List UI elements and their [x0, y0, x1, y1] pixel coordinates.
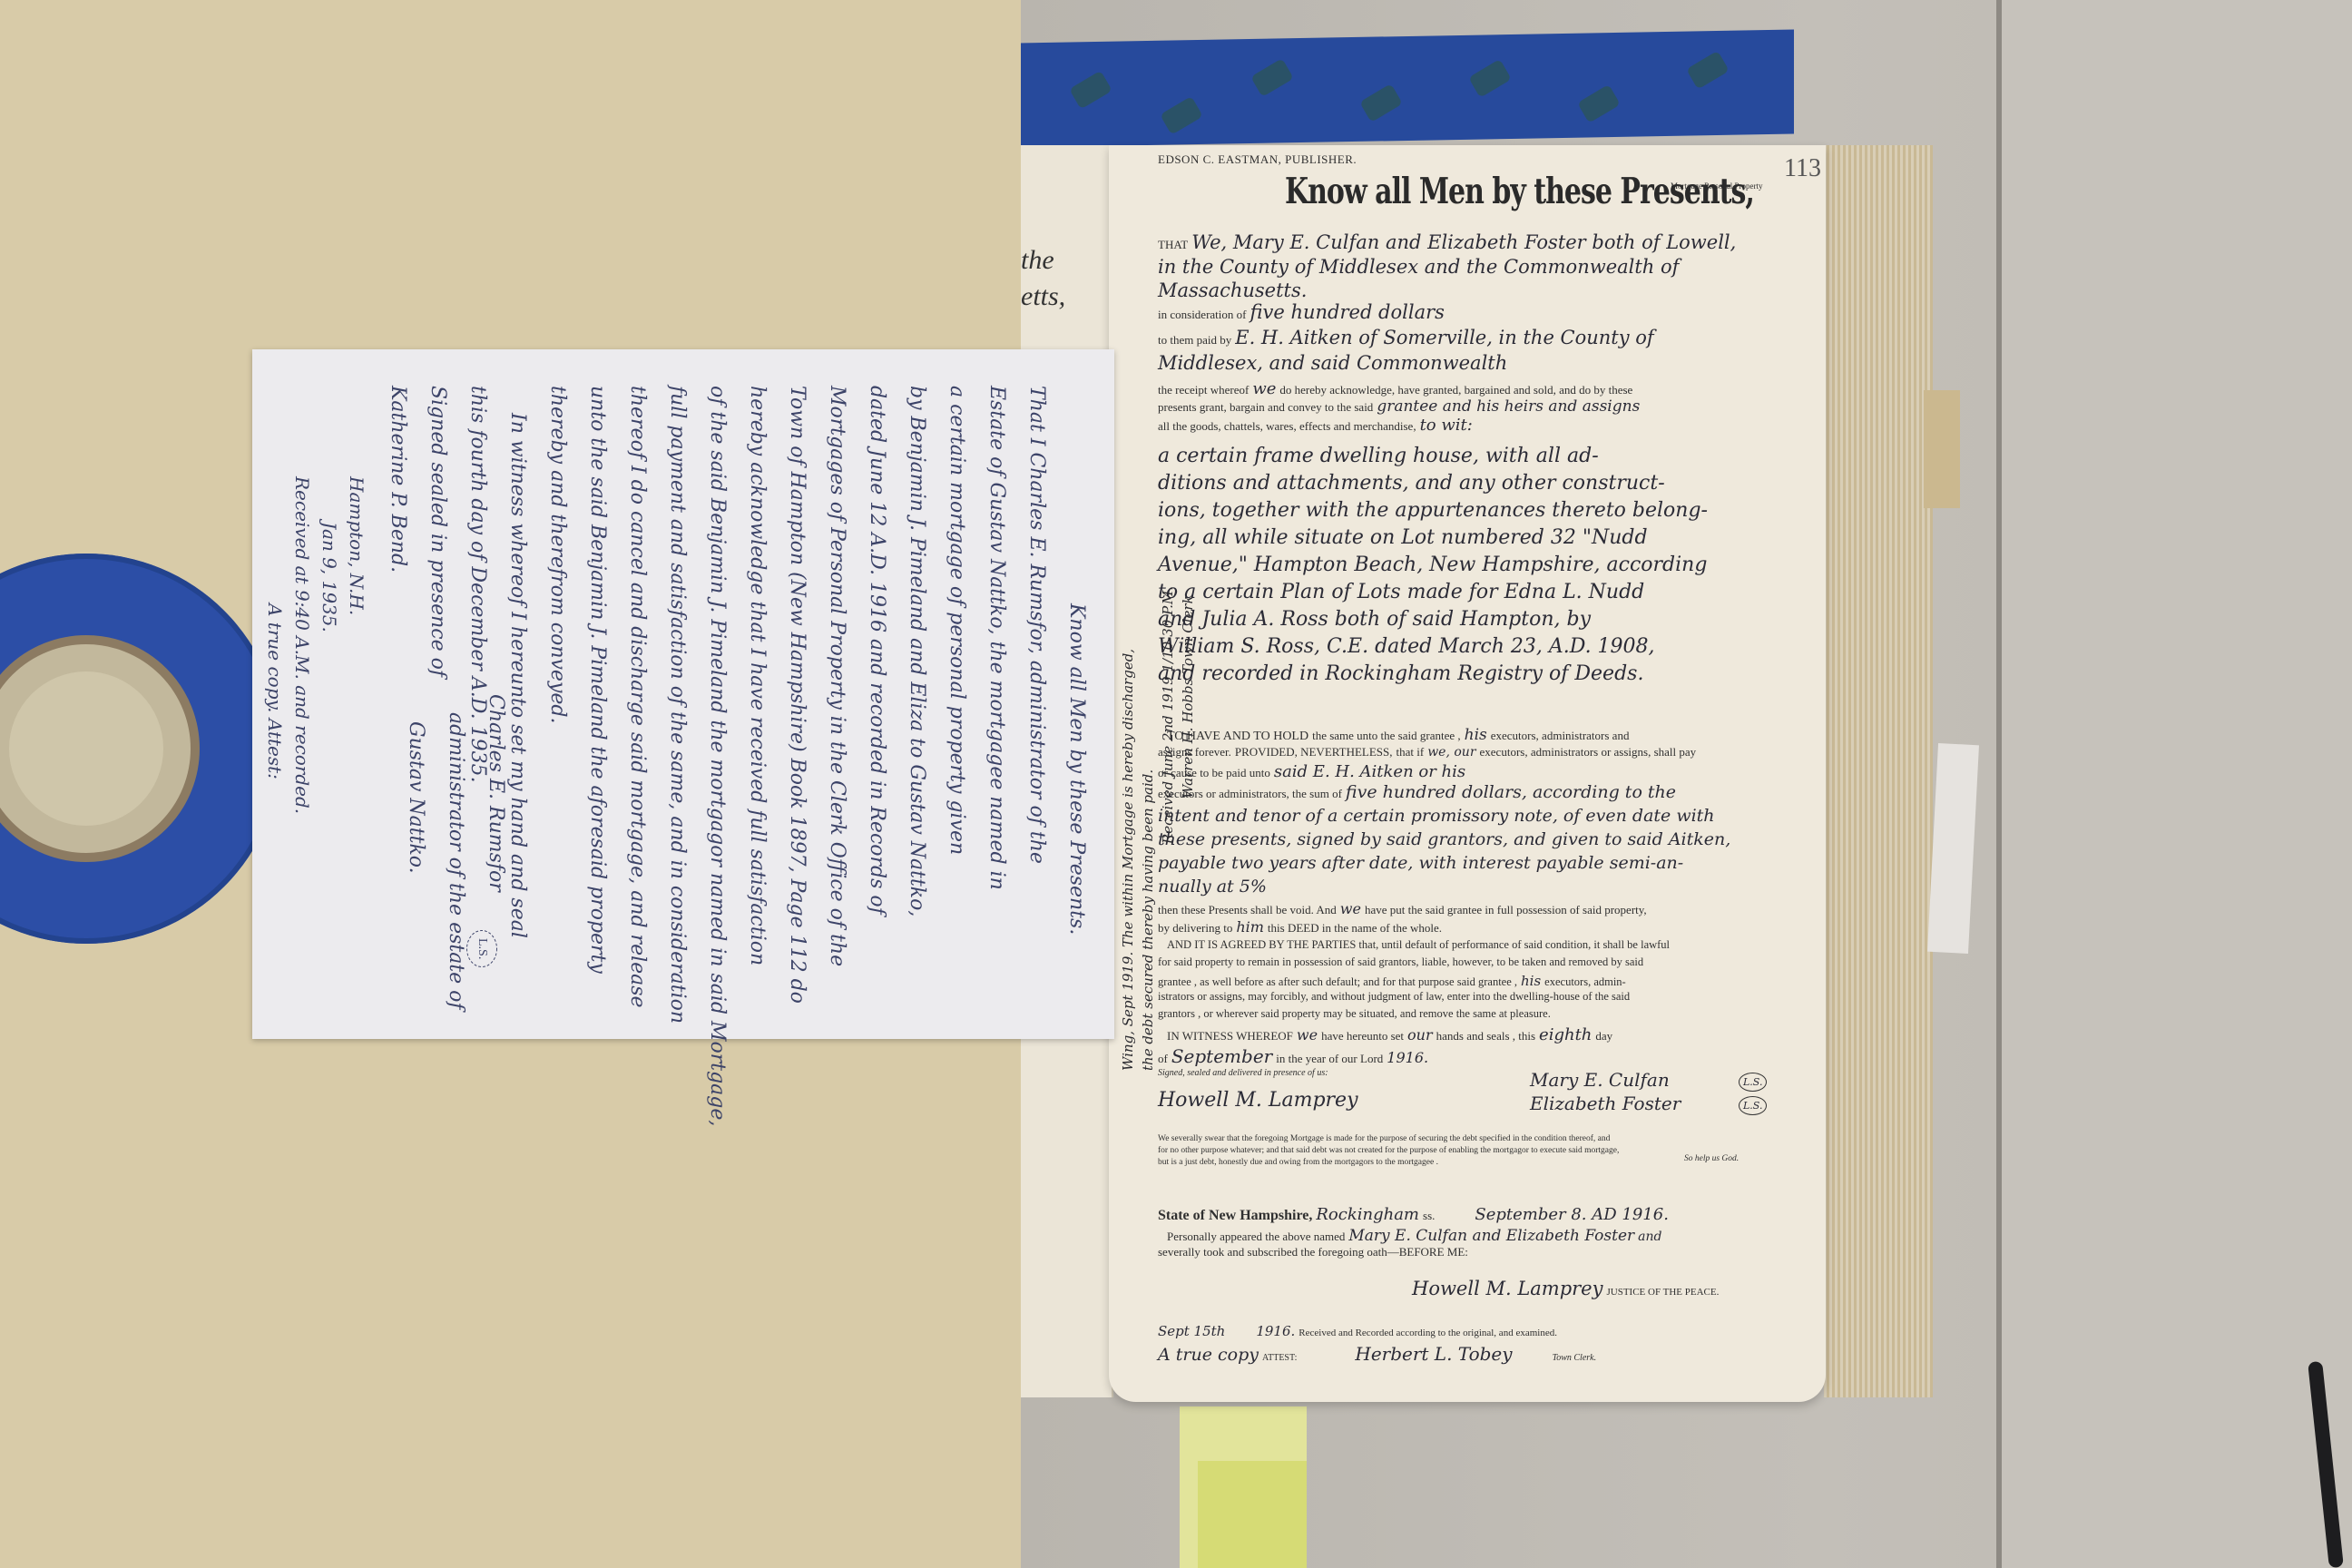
page-title: Know all Men by these Presents, — [1285, 171, 1754, 213]
side-panel — [2002, 0, 2352, 1568]
witness-text: hands and seals , this — [1436, 1029, 1535, 1043]
clerk-label: Town Clerk. — [1553, 1353, 1597, 1363]
page-number: 113 — [1784, 154, 1821, 183]
condition-text: this DEED in the name of the whole. — [1268, 921, 1442, 935]
grantor-signature: Mary E. Culfan — [1530, 1069, 1670, 1091]
note-filing-line: A true copy. Attest: — [261, 476, 289, 814]
note-body-line: Town of Hampton (New Hampshire) Book 189… — [777, 386, 817, 1021]
witness-hw: we — [1297, 1026, 1318, 1044]
grantee: E. H. Aitken of Somerville, in the Count… — [1235, 327, 1653, 348]
note-terms: intent and tenor of a certain promissory… — [1158, 806, 1715, 826]
painters-tape-strip — [1018, 30, 1794, 148]
description-line: ing, all while situate on Lot numbered 3… — [1158, 526, 1648, 549]
note-filing-line: Received at 9:40 A.M. and recorded. — [289, 476, 316, 814]
witness-day: eighth — [1539, 1025, 1592, 1044]
grantor-signature: Elizabeth Foster — [1530, 1093, 1681, 1114]
note-body-line: full payment and satisfaction of the sam… — [657, 386, 697, 1021]
agreement-text: executors, admin- — [1544, 975, 1626, 988]
agreement-text: AND IT IS AGREED BY THE PARTIES that, un… — [1167, 938, 1670, 952]
note-body-line: dated June 12 A.D. 1916 and recorded in … — [857, 386, 897, 1021]
left-page-text: etts, — [1021, 281, 1065, 312]
note-body-line: of the said Benjamin J. Pimeland the mor… — [697, 386, 737, 1021]
agreement-text: for said property to remain in possessio… — [1158, 955, 1643, 969]
oath-text: but is a just debt, honestly due and owi… — [1158, 1158, 1438, 1167]
margin-note-line: the debt secured thereby having been pai… — [1138, 254, 1158, 1071]
ack-text: Personally appeared the above named — [1167, 1230, 1345, 1243]
oath-close: So help us God. — [1684, 1154, 1739, 1163]
county: Rockingham — [1316, 1205, 1419, 1224]
payee: said E. H. Aitken or his — [1274, 762, 1465, 781]
habendum-text: the same unto the said grantee , — [1312, 729, 1461, 742]
margin-discharge-note: Wing, Sept 1919. The within Mortgage is … — [1118, 254, 1172, 1071]
condition-hw: we — [1340, 900, 1361, 917]
habendum-text: that if — [1396, 745, 1425, 759]
description-line: a certain frame dwelling house, with all… — [1158, 445, 1599, 467]
description-line: ions, together with the appurtenances th… — [1158, 499, 1708, 522]
witness-text: day — [1595, 1029, 1612, 1043]
agreement-hw: his — [1521, 973, 1541, 989]
folder-cover — [454, 1039, 1021, 1568]
witness-hw: our — [1407, 1026, 1433, 1044]
note-body-line: hereby acknowledge that I have received … — [737, 386, 777, 1021]
margin-note-line: Warren H. Hobbs Town Clerk — [1178, 254, 1198, 1071]
agreement-text: grantee , as well before as after such d… — [1158, 975, 1517, 988]
record-text: Received and Recorded according to the o… — [1298, 1328, 1557, 1338]
receipt-value: we — [1252, 379, 1276, 398]
description-line: William S. Ross, C.E. dated March 23, A.… — [1158, 635, 1655, 658]
habendum-hw: his — [1465, 726, 1487, 744]
note-body-line: thereof I do cancel and discharge said m… — [617, 386, 657, 1021]
book-page-edges — [1824, 145, 1933, 1397]
ss-label: ss. — [1423, 1209, 1435, 1222]
note-body-line: a certain mortgage of personal property … — [936, 386, 976, 1021]
note-body-line: thereby and therefrom conveyed. — [537, 386, 577, 1021]
witness-signature: Howell M. Lamprey — [1158, 1089, 1358, 1112]
tape-roll-core — [0, 635, 200, 862]
note-terms: payable two years after date, with inter… — [1158, 853, 1683, 873]
note-terms: these presents, signed by said grantors,… — [1158, 829, 1730, 849]
description-line: and Julia A. Ross both of said Hampton, … — [1158, 608, 1591, 631]
true-copy: A true copy — [1158, 1345, 1259, 1365]
margin-note-line: Received June 2nd 1919 1/10-30 P.M. — [1158, 254, 1178, 1071]
folder-cover — [454, 0, 1021, 349]
witness-year: 1916. — [1387, 1049, 1428, 1066]
state-heading: State of New Hampshire, — [1158, 1208, 1312, 1223]
habendum-text: executors, administrators and — [1491, 729, 1630, 742]
description-line: Avenue," Hampton Beach, New Hampshire, a… — [1158, 554, 1707, 576]
agreement-text: istrators or assigns, may forcibly, and … — [1158, 990, 1630, 1004]
margin-note-line: Wing, Sept 1919. The within Mortgage is … — [1118, 254, 1138, 1071]
loose-discharge-note: Know all Men by these Presents. That I C… — [252, 349, 1114, 1039]
ack-names: Mary E. Culfan and Elizabeth Foster — [1348, 1227, 1634, 1245]
seal-icon: L.S. — [1739, 1096, 1767, 1115]
clerk-signature: Herbert L. Tobey — [1355, 1343, 1512, 1365]
attest-label: ATTEST: — [1262, 1353, 1297, 1363]
note-signer-title: administrator of the estate of — [436, 694, 475, 1010]
agreement-text: grantors , or wherever said property may… — [1158, 1007, 1551, 1021]
description-line: ditions and attachments, and any other c… — [1158, 472, 1665, 495]
habendum-text: executors, administrators or assigns, sh… — [1480, 745, 1697, 759]
consideration-amount: five hundred dollars — [1249, 301, 1444, 323]
note-heading: Know all Men by these Presents. — [1056, 386, 1096, 1021]
witness-text: in the year of our Lord — [1276, 1052, 1383, 1065]
condition-hw: him — [1236, 918, 1264, 936]
sum-amount: five hundred dollars, according to the — [1346, 782, 1676, 802]
ack-date: September 8. AD 1916. — [1475, 1205, 1669, 1224]
yellow-sticky-notes — [1198, 1461, 1307, 1568]
habendum-hw: we, our — [1427, 745, 1475, 759]
description-line: and recorded in Rockingham Registry of D… — [1158, 662, 1643, 685]
left-page-text: the — [1021, 245, 1054, 276]
record-year: 1916. — [1256, 1323, 1295, 1339]
publisher: EDSON C. EASTMAN, PUBLISHER. — [1158, 152, 1357, 167]
presents-value: grantee and his heirs and assigns — [1377, 397, 1640, 416]
witness-text: have hereunto set — [1321, 1029, 1404, 1043]
note-body-line: Mortgages of Personal Property in the Cl… — [817, 386, 857, 1021]
note-body-line: unto the said Benjamin J. Pimeland the a… — [577, 386, 617, 1021]
note-filing-line: Jan 9, 1935. — [316, 476, 343, 814]
seal-icon: L.S. — [1739, 1073, 1767, 1092]
justice-signature: Howell M. Lamprey — [1412, 1278, 1602, 1299]
note-signer-estate: Gustav Nattko. — [396, 694, 436, 1010]
paper-slip — [1924, 390, 1960, 508]
note-seal-icon: L.S. — [466, 930, 497, 967]
note-filing-line: Hampton, N.H. — [343, 476, 370, 814]
justice-label: JUSTICE OF THE PEACE. — [1606, 1287, 1719, 1298]
that-label: THAT — [1158, 238, 1188, 251]
condition-text: have put the said grantee in full posses… — [1365, 903, 1647, 916]
grantee: Middlesex, and said Commonwealth — [1158, 352, 1507, 374]
receipt-text: do hereby acknowledge, have granted, bar… — [1279, 383, 1632, 397]
goods-value: to wit: — [1420, 416, 1473, 435]
ack-text: severally took and subscribed the forego… — [1158, 1245, 1468, 1259]
note-body-line: Estate of Gustav Nattko, the mortgagee n… — [976, 386, 1016, 1021]
note-body-line: That I Charles E. Rumsfor, administrator… — [1016, 386, 1056, 1021]
note-body-line: by Benjamin J. Pimeland and Eliza to Gus… — [897, 386, 936, 1021]
grantors: We, Mary E. Culfan and Elizabeth Foster … — [1191, 231, 1736, 253]
register-page: EDSON C. EASTMAN, PUBLISHER. 113 Mortgag… — [1109, 145, 1826, 1402]
oath-text: We severally swear that the foregoing Mo… — [1158, 1134, 1610, 1143]
record-date: Sept 15th — [1158, 1323, 1225, 1339]
description-line: to a certain Plan of Lots made for Edna … — [1158, 581, 1644, 603]
ack-hw: and — [1638, 1230, 1661, 1244]
provided-label: PROVIDED, NEVERTHELESS, — [1235, 745, 1393, 759]
oath-text: for no other purpose whatever; and that … — [1158, 1146, 1619, 1155]
grantors: in the County of Middlesex and the Commo… — [1158, 256, 1679, 278]
